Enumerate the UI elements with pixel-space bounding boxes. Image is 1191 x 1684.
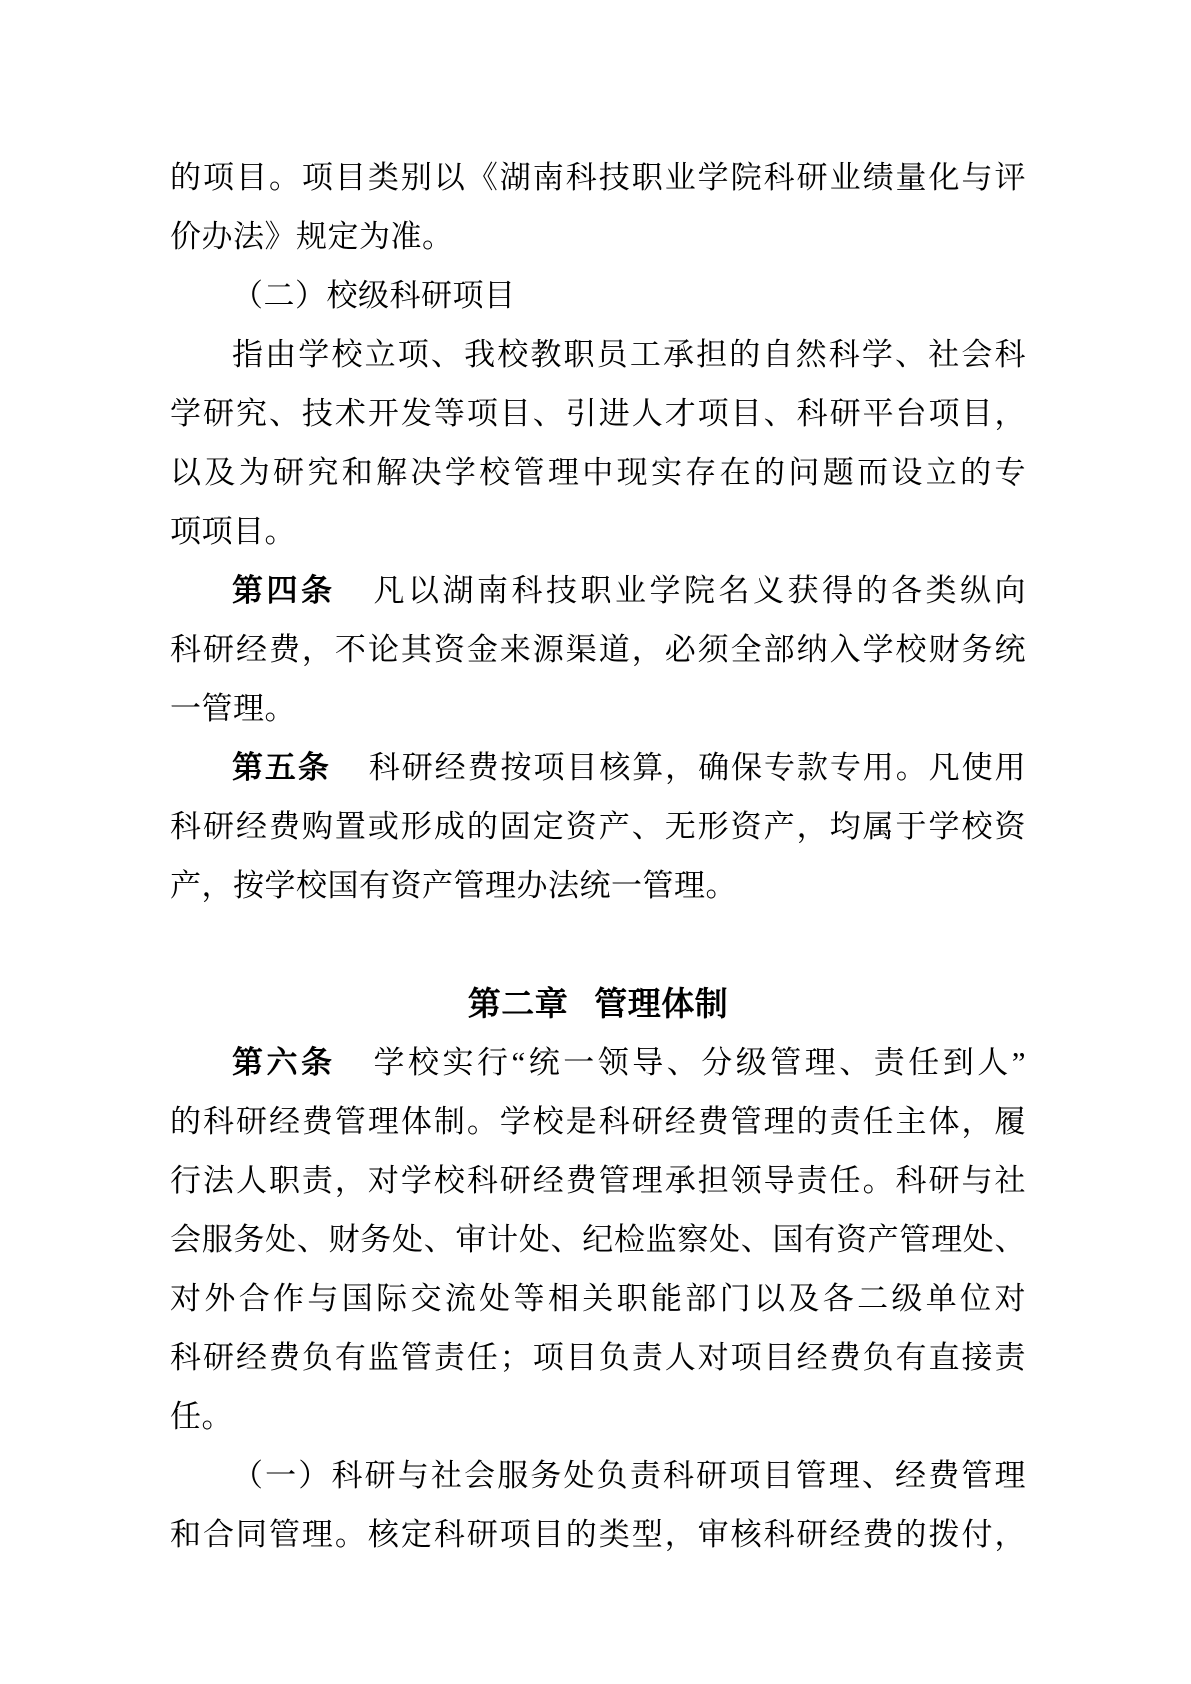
line-text: 科研经费按项目核算，确保专款专用。凡使用 <box>369 750 1026 785</box>
line-text: （一）科研与社会服务处负责科研项目管理、经费管理 <box>232 1458 1026 1493</box>
text-line: （二）校级科研项目 <box>170 266 1026 325</box>
chapter-number-label: 第二章 <box>468 985 569 1022</box>
text-line: 以及为研究和解决学校管理中现实存在的问题而设立的专 <box>170 443 1026 502</box>
text-line: 行法人职责，对学校科研经费管理承担领导责任。科研与社 <box>170 1151 1026 1210</box>
line-text: 凡以湖南科技职业学院名义获得的各类纵向 <box>374 573 1027 608</box>
line-text: 以及为研究和解决学校管理中现实存在的问题而设立的专 <box>170 455 1026 490</box>
text-line: 对外合作与国际交流处等相关职能部门以及各二级单位对 <box>170 1269 1026 1328</box>
text-line: 项项目。 <box>170 502 1026 561</box>
document-page: 的项目。项目类别以《湖南科技职业学院科研业绩量化与评价办法》规定为准。（二）校级… <box>0 0 1191 1684</box>
text-line: 第四条凡以湖南科技职业学院名义获得的各类纵向 <box>170 561 1026 620</box>
line-text: 产，按学校国有资产管理办法统一管理。 <box>170 868 737 903</box>
text-line: 价办法》规定为准。 <box>170 207 1026 266</box>
chapter-heading: 第二章管理体制 <box>170 974 1026 1033</box>
line-text: 科研经费负有监管责任；项目负责人对项目经费负有直接责 <box>170 1340 1026 1375</box>
text-line: 第五条科研经费按项目核算，确保专款专用。凡使用 <box>170 738 1026 797</box>
text-line: 产，按学校国有资产管理办法统一管理。 <box>170 856 1026 915</box>
text-line: 任。 <box>170 1387 1026 1446</box>
text-line: 科研经费，不论其资金来源渠道，必须全部纳入学校财务统 <box>170 620 1026 679</box>
line-text: 项项目。 <box>170 514 296 549</box>
line-text: 学研究、技术开发等项目、引进人才项目、科研平台项目， <box>170 396 1026 431</box>
line-text: 价办法》规定为准。 <box>170 219 454 254</box>
line-text: 科研经费购置或形成的固定资产、无形资产，均属于学校资 <box>170 809 1026 844</box>
document-text: 的项目。项目类别以《湖南科技职业学院科研业绩量化与评价办法》规定为准。（二）校级… <box>170 148 1026 1564</box>
text-line: 的项目。项目类别以《湖南科技职业学院科研业绩量化与评 <box>170 148 1026 207</box>
text-line: 指由学校立项、我校教职员工承担的自然科学、社会科 <box>170 325 1026 384</box>
text-line: （一）科研与社会服务处负责科研项目管理、经费管理 <box>170 1446 1026 1505</box>
line-text: 指由学校立项、我校教职员工承担的自然科学、社会科 <box>232 337 1026 372</box>
line-text: 科研经费，不论其资金来源渠道，必须全部纳入学校财务统 <box>170 632 1026 667</box>
line-text: 的项目。项目类别以《湖南科技职业学院科研业绩量化与评 <box>170 160 1026 195</box>
line-text: 学校实行“统一领导、分级管理、责任到人” <box>374 1045 1027 1080</box>
line-text: 任。 <box>170 1399 233 1434</box>
line-text: 行法人职责，对学校科研经费管理承担领导责任。科研与社 <box>170 1163 1026 1198</box>
line-text: （二）校级科研项目 <box>232 278 516 313</box>
line-text: 对外合作与国际交流处等相关职能部门以及各二级单位对 <box>170 1281 1026 1316</box>
chapter-title: 管理体制 <box>594 985 728 1022</box>
line-text: 和合同管理。核定科研项目的类型，审核科研经费的拨付， <box>170 1517 1026 1552</box>
article-number-label: 第四条 <box>232 573 336 608</box>
text-line: 科研经费负有监管责任；项目负责人对项目经费负有直接责 <box>170 1328 1026 1387</box>
article-number-label: 第五条 <box>232 750 331 785</box>
line-text: 的科研经费管理体制。学校是科研经费管理的责任主体，履 <box>170 1104 1026 1139</box>
text-line: 科研经费购置或形成的固定资产、无形资产，均属于学校资 <box>170 797 1026 856</box>
blank-line <box>170 915 1026 974</box>
line-text: 会服务处、财务处、审计处、纪检监察处、国有资产管理处、 <box>170 1222 1026 1257</box>
text-line: 第六条学校实行“统一领导、分级管理、责任到人” <box>170 1033 1026 1092</box>
text-line: 会服务处、财务处、审计处、纪检监察处、国有资产管理处、 <box>170 1210 1026 1269</box>
line-text: 一管理。 <box>170 691 296 726</box>
text-line: 的科研经费管理体制。学校是科研经费管理的责任主体，履 <box>170 1092 1026 1151</box>
text-line: 学研究、技术开发等项目、引进人才项目、科研平台项目， <box>170 384 1026 443</box>
text-line: 和合同管理。核定科研项目的类型，审核科研经费的拨付， <box>170 1505 1026 1564</box>
article-number-label: 第六条 <box>232 1045 336 1080</box>
text-line: 一管理。 <box>170 679 1026 738</box>
